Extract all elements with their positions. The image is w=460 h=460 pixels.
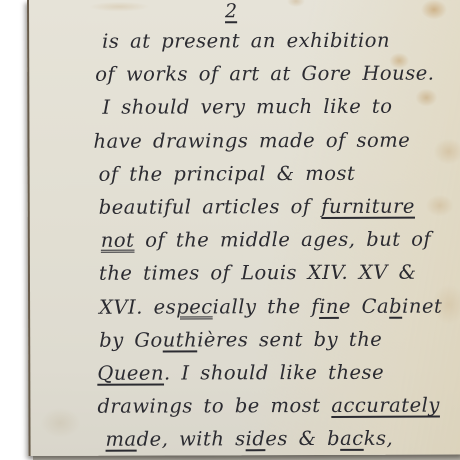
letter-text-segment: de, with s bbox=[137, 427, 246, 450]
letter-line: is at present an exhibition bbox=[102, 23, 458, 57]
letter-text-segment: uth bbox=[163, 328, 198, 351]
letter-text-segment: have drawings made of some bbox=[93, 128, 410, 152]
letter-lines: is at present an exhibitionof works of a… bbox=[93, 23, 460, 456]
letter-text-segment: Queen bbox=[97, 361, 164, 384]
letter-text-segment: of the middle ages, but of bbox=[134, 228, 431, 252]
letter-text-segment: es & b bbox=[265, 427, 340, 450]
letter-line: the times of Louis XIV. XV & bbox=[99, 256, 459, 290]
foxing-stain bbox=[421, 0, 447, 20]
letter-line: drawings to be most accurately bbox=[97, 389, 459, 423]
foxing-stain bbox=[40, 408, 80, 438]
letter-text-segment: furniture bbox=[321, 195, 415, 218]
letter-line: made, with sides & backs, bbox=[105, 422, 459, 456]
foxing-stain bbox=[287, 0, 305, 7]
letter-text-segment: the times of Louis XIV. XV & bbox=[99, 261, 417, 285]
letter-page: 2 is at present an exhibitionof works of… bbox=[27, 0, 460, 456]
letter-text-segment: in bbox=[319, 294, 339, 317]
letter-text-segment: inet bbox=[402, 294, 442, 317]
letter-text-segment: ac bbox=[340, 427, 364, 450]
page-number: 2 bbox=[219, 0, 243, 22]
letter-line: of the principal & most bbox=[99, 156, 459, 190]
letter-line: Queen. I should like these bbox=[97, 355, 459, 389]
letter-line: have drawings made of some bbox=[93, 123, 458, 157]
letter-text-segment: b bbox=[389, 294, 402, 317]
letter-text-segment: . I should like these bbox=[164, 361, 384, 385]
letter-text-segment: ially the f bbox=[213, 294, 319, 317]
letter-text-segment: XVI. es bbox=[99, 295, 176, 318]
letter-line: by Gouthières sent by the bbox=[99, 322, 459, 356]
letter-text-segment: by Go bbox=[99, 328, 163, 351]
letter-text-segment: pec bbox=[176, 295, 213, 318]
letter-text-segment: drawings to be most bbox=[97, 394, 331, 418]
letter-text-segment: ma bbox=[105, 428, 136, 451]
letter-text-segment: of works of art at Gore House. bbox=[95, 62, 434, 86]
letter-line: I should very much like to bbox=[102, 90, 458, 124]
letter-line: not of the middle ages, but of bbox=[101, 223, 459, 257]
letter-text-segment: ières sent by the bbox=[197, 327, 382, 351]
letter-line: beautiful articles of furniture bbox=[99, 189, 459, 223]
letter-text-segment: accurately bbox=[331, 394, 440, 417]
letter-photo: 2 is at present an exhibitionof works of… bbox=[0, 0, 460, 460]
letter-text-segment: id bbox=[246, 427, 266, 450]
foxing-stain bbox=[89, 2, 149, 12]
letter-text-segment: beautiful articles of bbox=[99, 195, 322, 219]
letter-text-segment: of the principal & most bbox=[99, 162, 356, 186]
letter-text-segment: is at present an exhibition bbox=[102, 29, 390, 53]
letter-text-segment: ks, bbox=[364, 427, 394, 450]
letter-line: XVI. especially the fine Cabinet bbox=[99, 289, 459, 323]
letter-text-segment: I should very much like to bbox=[102, 95, 392, 119]
letter-text-segment: not bbox=[101, 229, 135, 252]
letter-text-segment: e Ca bbox=[339, 294, 389, 317]
letter-line: of works of art at Gore House. bbox=[95, 57, 458, 91]
